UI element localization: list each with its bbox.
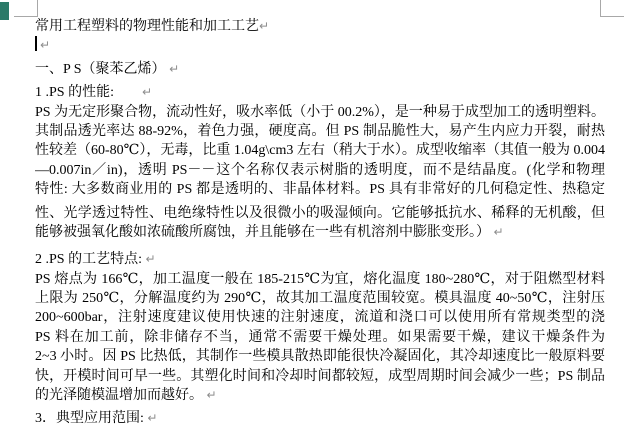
line-text: —0.007in／in)，透明 PS－－这个名称仅表示树脂的透明度，而不是结晶度…	[35, 163, 605, 178]
body-text-line: —0.007in／in)，透明 PS－－这个名称仅表示树脂的透明度，而不是结晶度…	[35, 161, 605, 180]
line-text: 2 .PS 的工艺特点:	[35, 252, 145, 267]
body-text-line: 其制品透光率达 88-92%，着色力强，硬度高。但 PS 制品脆性大，易产生内应…	[35, 122, 605, 141]
body-text-line: 的光泽随模温增加而越好。 ↵	[35, 386, 605, 405]
section-heading-line: 1 .PS 的性能: ↵	[35, 83, 605, 102]
margin-crop-mark-top-right	[600, 0, 601, 16]
body-text-line: 能够被强氧化酸如浓硫酸所腐蚀，并且能够在一些有机溶剂中膨胀变形。） ↵	[35, 223, 605, 242]
body-text-line: PS 为无定形聚合物，流动性好，吸水率低（小于 00.2%），是一种易于成型加工…	[35, 103, 605, 122]
line-text: 快，开模时间可早一些。其塑化时间和冷却时间都较短，成型周期时间会减少一些；PS …	[35, 369, 605, 384]
body-text-line: 2~3 小时。因 PS 比热低，其制作一些模具散热即能很快冷凝固化，其冷却速度比…	[35, 347, 605, 366]
line-text: PS 料在加工前，除非储存不当，通常不需要干燥处理。如果需要干燥，建议干燥条件为…	[35, 330, 605, 347]
text-cursor	[35, 36, 37, 51]
paragraph-mark-icon: ↵	[142, 85, 152, 99]
line-text: 性较差（60-80℃），无毒，比重 1.04g\cm3 左右（稍大于水）。成型收…	[35, 143, 605, 158]
section-heading-line: 2 .PS 的工艺特点: ↵	[35, 250, 605, 269]
body-text-line: 上限为 250℃，分解温度约为 290℃，故其加工温度范围较宽。模具温度 40~…	[35, 289, 605, 308]
empty-line: ↵	[35, 36, 605, 55]
paragraph-mark-icon: ↵	[169, 62, 179, 76]
section-heading-line: 3．典型应用范围: ↵	[35, 409, 605, 428]
line-text: PS 为无定形聚合物，流动性好，吸水率低（小于 00.2%），是一种易于成型加工…	[35, 105, 605, 120]
body-text-line: 性、光学透过特性、电绝缘特性以及很微小的吸湿倾向。它能够抵抗水、稀释的无机酸，但	[35, 204, 605, 223]
paragraph-mark-icon: ↵	[207, 388, 217, 402]
body-text-line: 特性: 大多数商业用的 PS 都是透明的、非晶体材料。PS 具有非常好的几何稳定…	[35, 180, 605, 199]
body-text-line: 快，开模时间可早一些。其塑化时间和冷却时间都较短，成型周期时间会减少一些；PS …	[35, 367, 605, 386]
document-text-area[interactable]: 常用工程塑料的物理性能和加工工艺↵↵一、P S（聚苯乙烯） ↵1 .PS 的性能…	[35, 17, 605, 429]
margin-crop-mark-top-left	[37, 0, 38, 16]
line-text: 特性: 大多数商业用的 PS 都是透明的、非晶体材料。PS 具有非常好的几何稳定…	[35, 182, 605, 197]
document-page: 常用工程塑料的物理性能和加工工艺↵↵一、P S（聚苯乙烯） ↵1 .PS 的性能…	[0, 0, 640, 434]
line-text: 一、P S（聚苯乙烯）	[35, 62, 169, 77]
body-text-line: PS 料在加工前，除非储存不当，通常不需要干燥处理。如果需要干燥，建议干燥条件为…	[35, 328, 605, 347]
line-text: PS 熔点为 166℃，加工温度一般在 185-215℃为宜，熔化温度 180~…	[35, 272, 605, 289]
body-text-line: PS 熔点为 166℃，加工温度一般在 185-215℃为宜，熔化温度 180~…	[35, 270, 605, 289]
document-title-line: 常用工程塑料的物理性能和加工工艺↵	[35, 17, 605, 36]
paragraph-mark-icon: ↵	[145, 252, 155, 266]
paragraph-mark-icon: ↵	[494, 225, 504, 239]
line-text: 200~600bar，注射速度建议使用快速的注射速度，流道和浇口可以使用所有常规…	[35, 310, 605, 327]
section-heading-line: 一、P S（聚苯乙烯） ↵	[35, 60, 605, 79]
paragraph-mark-icon: ↵	[259, 19, 269, 33]
line-text: 上限为 250℃，分解温度约为 290℃，故其加工温度范围较宽。模具温度 40~…	[35, 291, 605, 308]
line-text: 其制品透光率达 88-92%，着色力强，硬度高。但 PS 制品脆性大，易产生内应…	[35, 124, 605, 139]
body-text-line: 200~600bar，注射速度建议使用快速的注射速度，流道和浇口可以使用所有常规…	[35, 308, 605, 327]
body-text-line: 性较差（60-80℃），无毒，比重 1.04g\cm3 左右（稍大于水）。成型收…	[35, 141, 605, 160]
corner-accent-swatch	[0, 2, 9, 20]
paragraph-mark-icon: ↵	[147, 411, 157, 425]
paragraph-mark-icon: ↵	[40, 38, 50, 52]
line-text: 3．典型应用范围:	[35, 411, 147, 426]
line-text: 的光泽随模温增加而越好。	[35, 388, 207, 403]
line-text: 1 .PS 的性能:	[35, 85, 142, 100]
line-text: 常用工程塑料的物理性能和加工工艺	[35, 19, 259, 34]
line-text: 能够被强氧化酸如浓硫酸所腐蚀，并且能够在一些有机溶剂中膨胀变形。）	[35, 225, 494, 240]
line-text: 性、光学透过特性、电绝缘特性以及很微小的吸湿倾向。它能够抵抗水、稀释的无机酸，但	[35, 206, 605, 221]
line-text: 2~3 小时。因 PS 比热低，其制作一些模具散热即能很快冷凝固化，其冷却速度比…	[35, 349, 605, 364]
